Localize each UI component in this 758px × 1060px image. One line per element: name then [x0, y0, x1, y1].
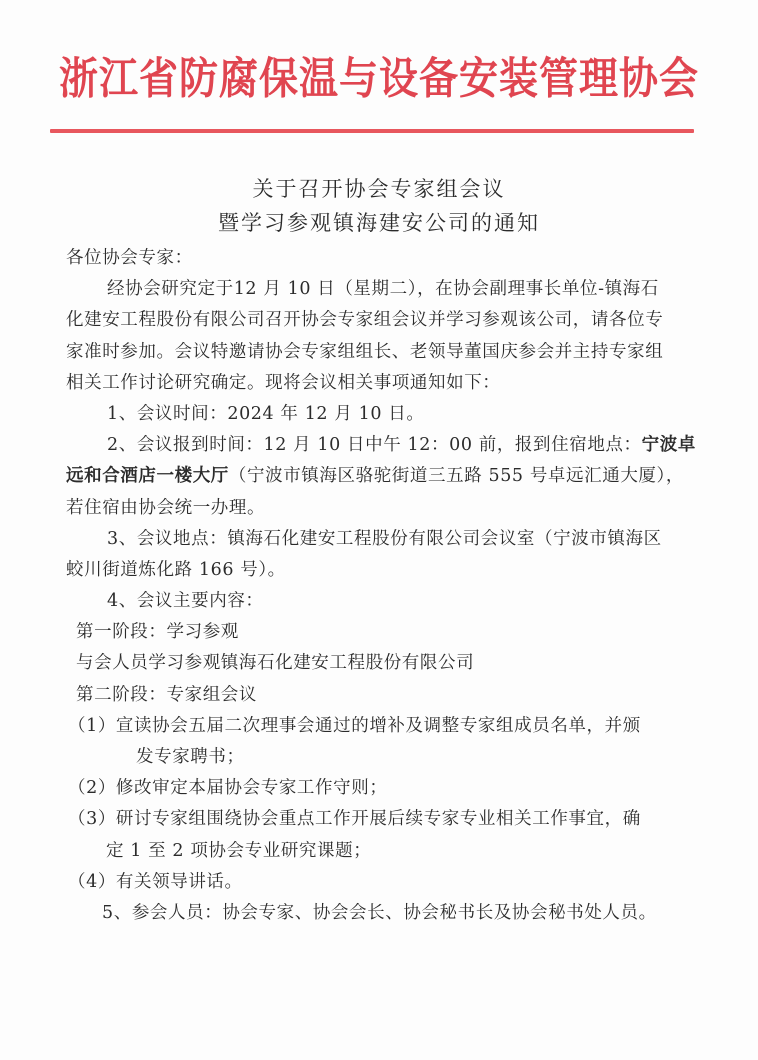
letterhead-organization-name: 浙江省防腐保温与设备安装管理协会	[0, 49, 758, 109]
item-2-prefix: 2、会议报到时间：12 月 10 日中午 12：00 前，报到住宿地点：	[107, 435, 642, 455]
item-4-agenda-heading: 4、会议主要内容：	[66, 586, 686, 617]
sub-item-3-line-2: 定 1 至 2 项协会专业研究课题；	[66, 836, 686, 867]
title-line-2: 暨学习参观镇海建安公司的通知	[0, 206, 758, 240]
intro-line-2: 化建安工程股份有限公司召开协会专家组会议并学习参观该公司，请各位专	[66, 305, 686, 336]
sub-item-2: （2）修改审定本届协会专家工作守则；	[66, 773, 686, 804]
item-2-hotel-bold-part-2: 远和合酒店一楼大厅	[66, 466, 229, 486]
salutation: 各位协会专家：	[66, 243, 686, 274]
stage-1-title: 第一阶段：学习参观	[66, 617, 686, 648]
item-3-venue-line-2: 蛟川街道炼化路 166 号）。	[66, 555, 686, 586]
stage-1-description: 与会人员学习参观镇海石化建安工程股份有限公司	[66, 648, 686, 679]
item-2-address: （宁波市镇海区骆驼街道三五路 555 号卓远汇通大厦），	[229, 466, 684, 486]
item-3-venue-line-1: 3、会议地点：镇海石化建安工程股份有限公司会议室（宁波市镇海区	[66, 524, 686, 555]
item-5-attendees: 5、参会人员：协会专家、协会会长、协会秘书长及协会秘书处人员。	[66, 898, 686, 929]
intro-line-1: 经协会研究定于12 月 10 日（星期二），在协会副理事长单位-镇海石	[66, 274, 686, 305]
title-line-1: 关于召开协会专家组会议	[0, 172, 758, 206]
item-2-hotel-bold-part-1: 宁波卓	[642, 435, 696, 455]
item-2-registration-line-2: 远和合酒店一楼大厅（宁波市镇海区骆驼街道三五路 555 号卓远汇通大厦），	[66, 461, 686, 492]
document-body: 各位协会专家： 经协会研究定于12 月 10 日（星期二），在协会副理事长单位-…	[66, 243, 686, 929]
sub-item-1-line-1: （1）宣读协会五届二次理事会通过的增补及调整专家组成员名单，并颁	[66, 711, 686, 742]
stage-2-title: 第二阶段：专家组会议	[66, 680, 686, 711]
item-2-registration-line-1: 2、会议报到时间：12 月 10 日中午 12：00 前，报到住宿地点：宁波卓	[66, 430, 686, 461]
item-2-registration-line-3: 若住宿由协会统一办理。	[66, 493, 686, 524]
sub-item-4: （4）有关领导讲话。	[66, 867, 686, 898]
document-title: 关于召开协会专家组会议 暨学习参观镇海建安公司的通知	[0, 172, 758, 240]
item-1-meeting-time: 1、会议时间：2024 年 12 月 10 日。	[66, 399, 686, 430]
sub-item-3-line-1: （3）研讨专家组围绕协会重点工作开展后续专家专业相关工作事宜，确	[66, 804, 686, 835]
intro-line-4: 相关工作讨论研究确定。现将会议相关事项通知如下：	[66, 368, 686, 399]
intro-line-3: 家准时参加。会议特邀请协会专家组组长、老领导董国庆参会并主持专家组	[66, 337, 686, 368]
sub-item-1-line-2: 发专家聘书；	[66, 742, 686, 773]
letterhead-red-rule	[50, 129, 694, 133]
